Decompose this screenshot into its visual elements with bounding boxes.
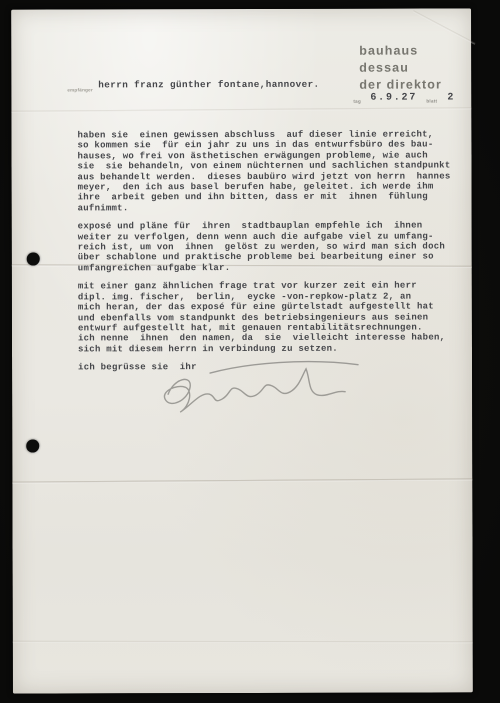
punch-hole-bottom [26,440,39,453]
date-label: tag [353,99,361,104]
date-value: 6.9.27 [370,93,417,104]
photo-background: bauhaus dessau der direktor tag 6.9.27 b… [0,0,500,703]
recipient-name: herrn franz günther fontane,hannover. [98,79,319,91]
letterhead: bauhaus dessau der direktor [359,42,471,93]
paper-corner-crease [413,10,476,44]
body-paragraph-3: mit einer ganz ähnlichen frage trat vor … [78,281,463,355]
date-sheet-row: tag 6.9.27 blatt 2 [353,92,463,108]
letter-body: haben sie einen gewissen abschluss auf d… [77,129,463,381]
letterhead-org: bauhaus dessau [359,42,471,76]
sheet-label: blatt [426,98,437,103]
paper-crease [12,478,472,483]
handwritten-signature [152,354,367,437]
letter-page: bauhaus dessau der direktor tag 6.9.27 b… [11,8,473,693]
paper-crease [13,641,473,643]
sheet-number: 2 [447,92,453,103]
punch-hole-top [27,253,40,266]
body-paragraph-2: exposé und pläne für ihren stadtbauplan … [78,221,463,274]
body-paragraph-1: haben sie einen gewissen abschluss auf d… [77,129,462,213]
signature-scrawl-icon [152,354,367,437]
recipient-label: empfänger [67,87,93,92]
letterhead-role: der direktor [359,76,471,93]
